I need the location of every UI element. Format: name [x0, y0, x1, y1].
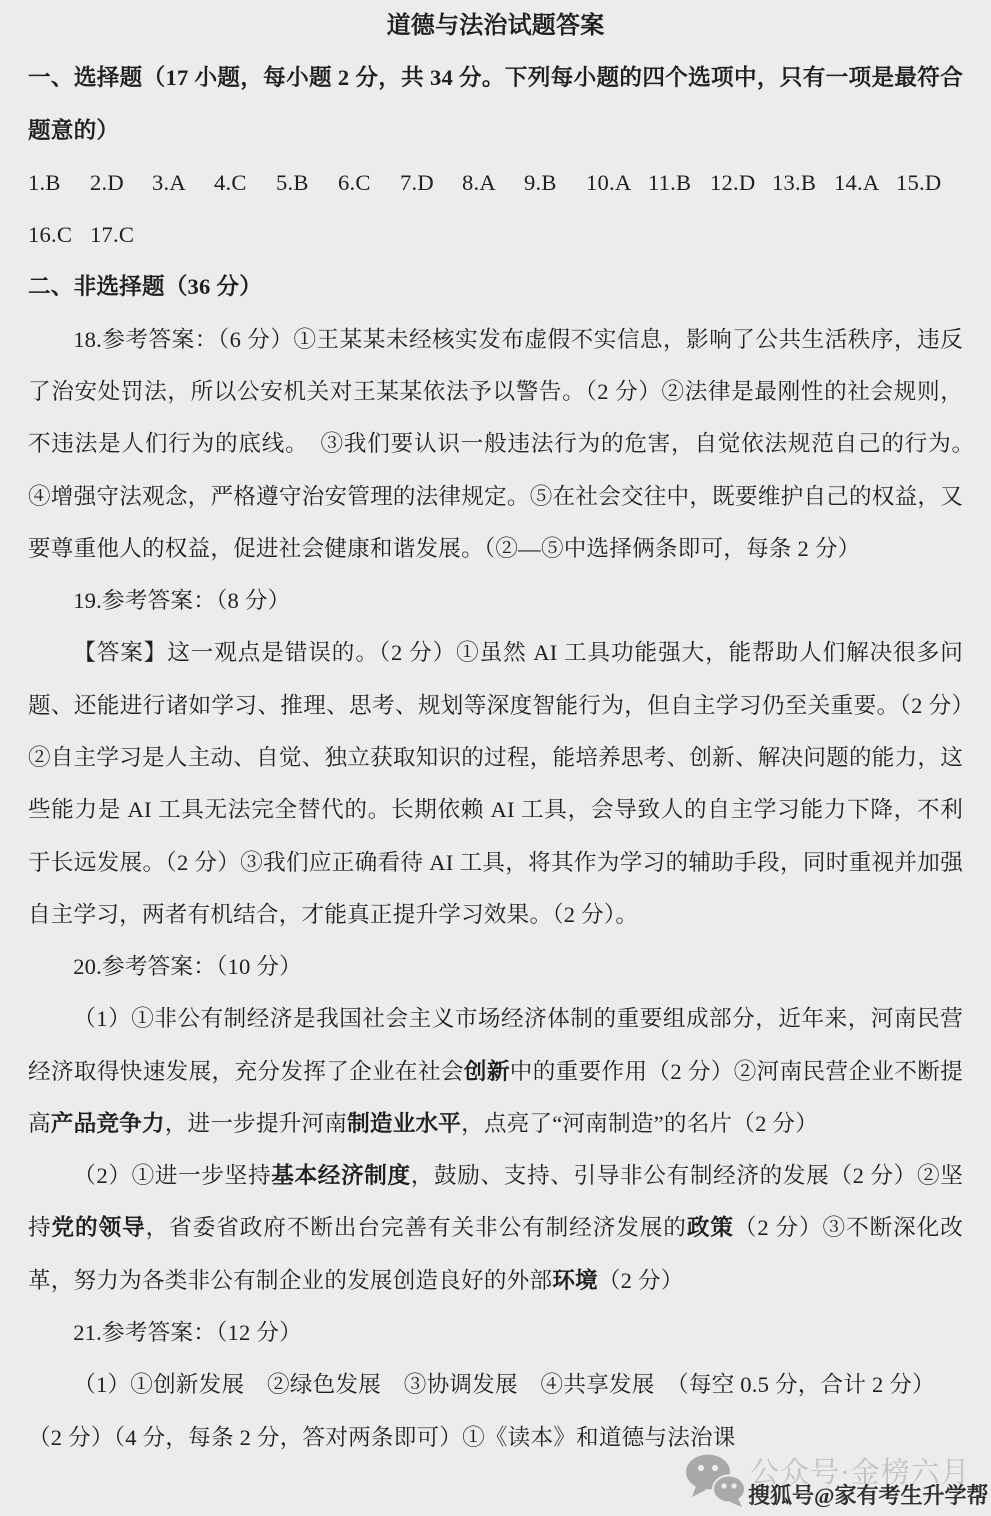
answer-item: 1.B: [28, 157, 90, 209]
text-run: 20.参考答案：（10 分）: [73, 954, 302, 979]
bold-text-run: 制造业水平: [347, 1111, 461, 1136]
wechat-icon: [684, 1452, 746, 1508]
bold-text-run: 产品竞争力: [51, 1111, 165, 1136]
answer-item: 11.B: [648, 157, 710, 209]
document-content: 道德与法治试题答案一、选择题（17 小题，每小题 2 分，共 34 分。下列每小…: [28, 0, 963, 1464]
text-run: ，进一步提升河南: [165, 1111, 347, 1136]
answer-item: 5.B: [276, 157, 338, 209]
answer-item: 6.C: [338, 157, 400, 209]
text-run: 【答案】这一观点是错误的。（2 分）①虽然 AI 工具功能强大，能帮助人们解决很…: [28, 640, 963, 926]
mcq-answers: 1.B2.D3.A4.C5.B6.C7.D8.A9.B10.A11.B12.D1…: [28, 157, 963, 262]
answer-20-heading: 20.参考答案：（10 分）: [28, 941, 963, 993]
answer-item: 14.A: [834, 157, 896, 209]
text-run: 18.参考答案：（6 分）①王某某未经核实发布虚假不实信息，影响了公共生活秩序，…: [28, 327, 986, 561]
answer-20-part-2: （2）①进一步坚持基本经济制度，鼓励、支持、引导非公有制经济的发展（2 分）②坚…: [28, 1150, 963, 1307]
answer-item: 17.C: [90, 209, 152, 261]
bold-text-run: 基本经济制度: [271, 1163, 411, 1188]
answer-21-part-1: （1）①创新发展 ②绿色发展 ③协调发展 ④共享发展 （每空 0.5 分，合计 …: [28, 1359, 963, 1411]
text-run: （2）①进一步坚持: [73, 1163, 271, 1188]
bold-text-run: 环境: [552, 1268, 598, 1293]
section-2-heading: 二、非选择题（36 分）: [28, 261, 963, 313]
text-run: ，省委省政府不断出台完善有关非公有制经济发展的: [146, 1215, 687, 1240]
answer-item: 3.A: [152, 157, 214, 209]
answer-item: 15.D: [896, 157, 958, 209]
answer-item: 12.D: [710, 157, 772, 209]
answer-item: 7.D: [400, 157, 462, 209]
answer-19-body: 【答案】这一观点是错误的。（2 分）①虽然 AI 工具功能强大，能帮助人们解决很…: [28, 627, 963, 941]
text-run: （2 分）: [598, 1268, 684, 1293]
answer-item: 10.A: [586, 157, 648, 209]
answer-item: 16.C: [28, 209, 90, 261]
watermark-sohu-text: 搜狐号@家有考生升学帮: [748, 1483, 988, 1509]
answer-item: 8.A: [462, 157, 524, 209]
bold-text-run: 创新: [464, 1059, 510, 1084]
doc-title: 道德与法治试题答案: [28, 0, 963, 52]
answer-item: 13.B: [772, 157, 834, 209]
text-run: 21.参考答案：（12 分）: [73, 1320, 302, 1345]
bold-text-run: 一、选择题（17 小题，每小题 2 分，共 34 分。下列每小题的四个选项中，只…: [28, 65, 963, 142]
text-run: ，点亮了“河南制造”的名片（2 分）: [461, 1111, 818, 1136]
answer-item: 2.D: [90, 157, 152, 209]
bold-text-run: 道德与法治试题答案: [387, 13, 605, 39]
answer-19-heading: 19.参考答案：（8 分）: [28, 575, 963, 627]
answer-item: 4.C: [214, 157, 276, 209]
text-run: 19.参考答案：（8 分）: [73, 588, 290, 613]
answer-20-part-1: （1）①非公有制经济是我国社会主义市场经济体制的重要组成部分，近年来，河南民营经…: [28, 993, 963, 1150]
bold-text-run: 二、非选择题（36 分）: [28, 274, 262, 299]
document-page: 道德与法治试题答案一、选择题（17 小题，每小题 2 分，共 34 分。下列每小…: [0, 0, 991, 1516]
section-1-heading: 一、选择题（17 小题，每小题 2 分，共 34 分。下列每小题的四个选项中，只…: [28, 52, 963, 157]
bold-text-run: 政策: [687, 1215, 734, 1240]
answer-18: 18.参考答案：（6 分）①王某某未经核实发布虚假不实信息，影响了公共生活秩序，…: [28, 314, 963, 575]
text-run: （2 分）（4 分，每条 2 分，答对两条即可）①《读本》和道德与法治课: [28, 1425, 736, 1450]
bold-text-run: 党的领导: [52, 1215, 146, 1240]
answer-item: 9.B: [524, 157, 586, 209]
answer-21-heading: 21.参考答案：（12 分）: [28, 1307, 963, 1359]
text-run: （1）①创新发展 ②绿色发展 ③协调发展 ④共享发展 （每空 0.5 分，合计 …: [73, 1372, 935, 1397]
